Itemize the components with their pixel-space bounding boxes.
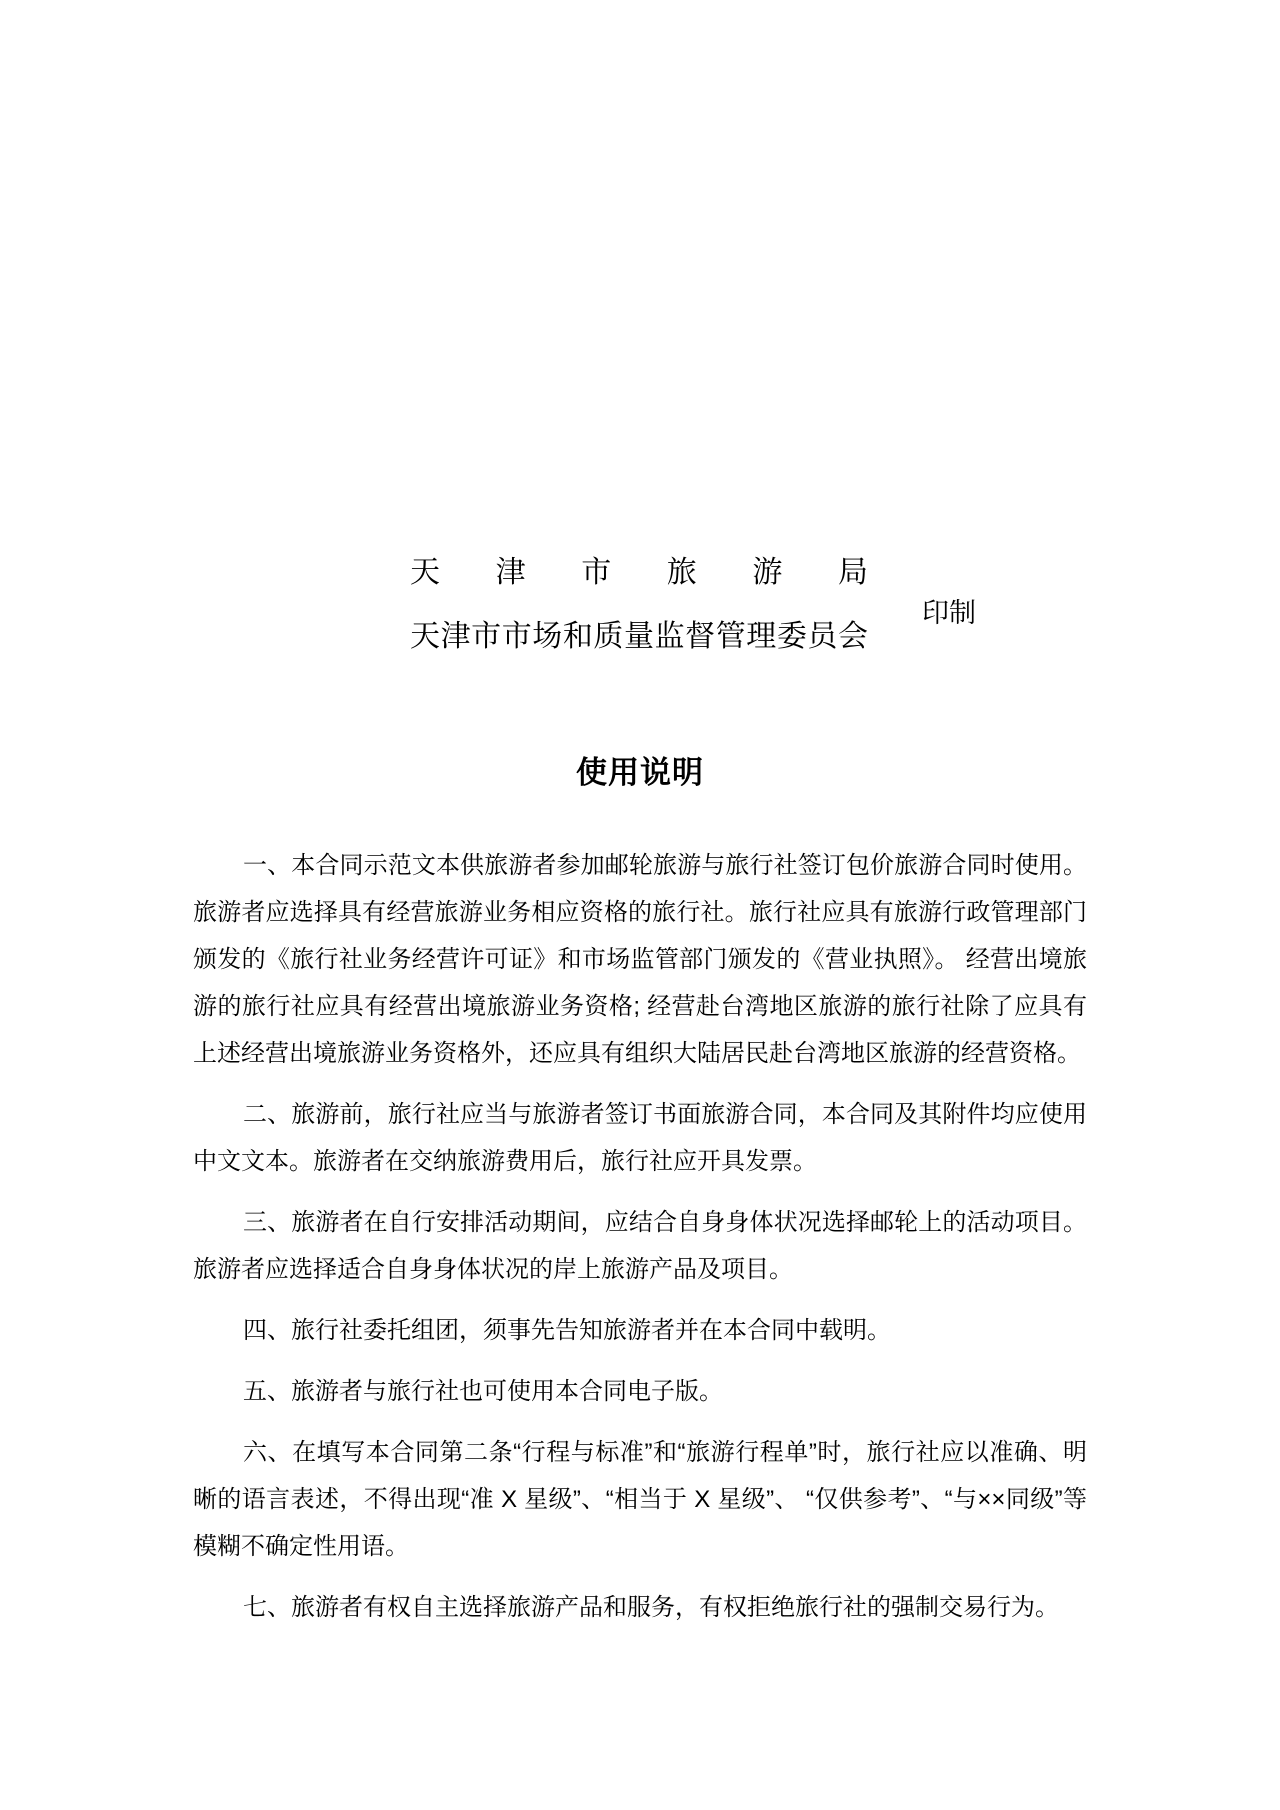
agency-name-market-quality-committee: 天津市市场和质量监督管理委员会	[410, 620, 868, 654]
instruction-paragraph-6: 六、在填写本合同第二条“行程与标准”和“旅游行程单”时，旅行社应以准确、明晰的语…	[193, 1429, 1087, 1570]
agency-name-tourism-bureau: 天 津 市 旅 游 局	[410, 556, 868, 590]
issuing-agencies: 天 津 市 旅 游 局 天津市市场和质量监督管理委员会	[410, 556, 868, 654]
instruction-paragraph-1: 一、本合同示范文本供旅游者参加邮轮旅游与旅行社签订包价旅游合同时使用。旅游者应选…	[193, 842, 1087, 1077]
document-page: 天 津 市 旅 游 局 天津市市场和质量监督管理委员会 印制 使用说明 一、本合…	[0, 0, 1280, 1810]
instruction-paragraph-4: 四、旅行社委托组团，须事先告知旅游者并在本合同中载明。	[193, 1307, 1087, 1354]
instructions-body: 一、本合同示范文本供旅游者参加邮轮旅游与旅行社签订包价旅游合同时使用。旅游者应选…	[193, 842, 1087, 1645]
document-title: 使用说明	[0, 747, 1280, 792]
instruction-paragraph-2: 二、旅游前，旅行社应当与旅游者签订书面旅游合同，本合同及其附件均应使用中文文本。…	[193, 1091, 1087, 1185]
instruction-paragraph-7: 七、旅游者有权自主选择旅游产品和服务，有权拒绝旅行社的强制交易行为。	[193, 1584, 1087, 1631]
print-label: 印制	[922, 598, 976, 628]
instruction-paragraph-3: 三、旅游者在自行安排活动期间，应结合自身身体状况选择邮轮上的活动项目。旅游者应选…	[193, 1199, 1087, 1293]
instruction-paragraph-5: 五、旅游者与旅行社也可使用本合同电子版。	[193, 1368, 1087, 1415]
